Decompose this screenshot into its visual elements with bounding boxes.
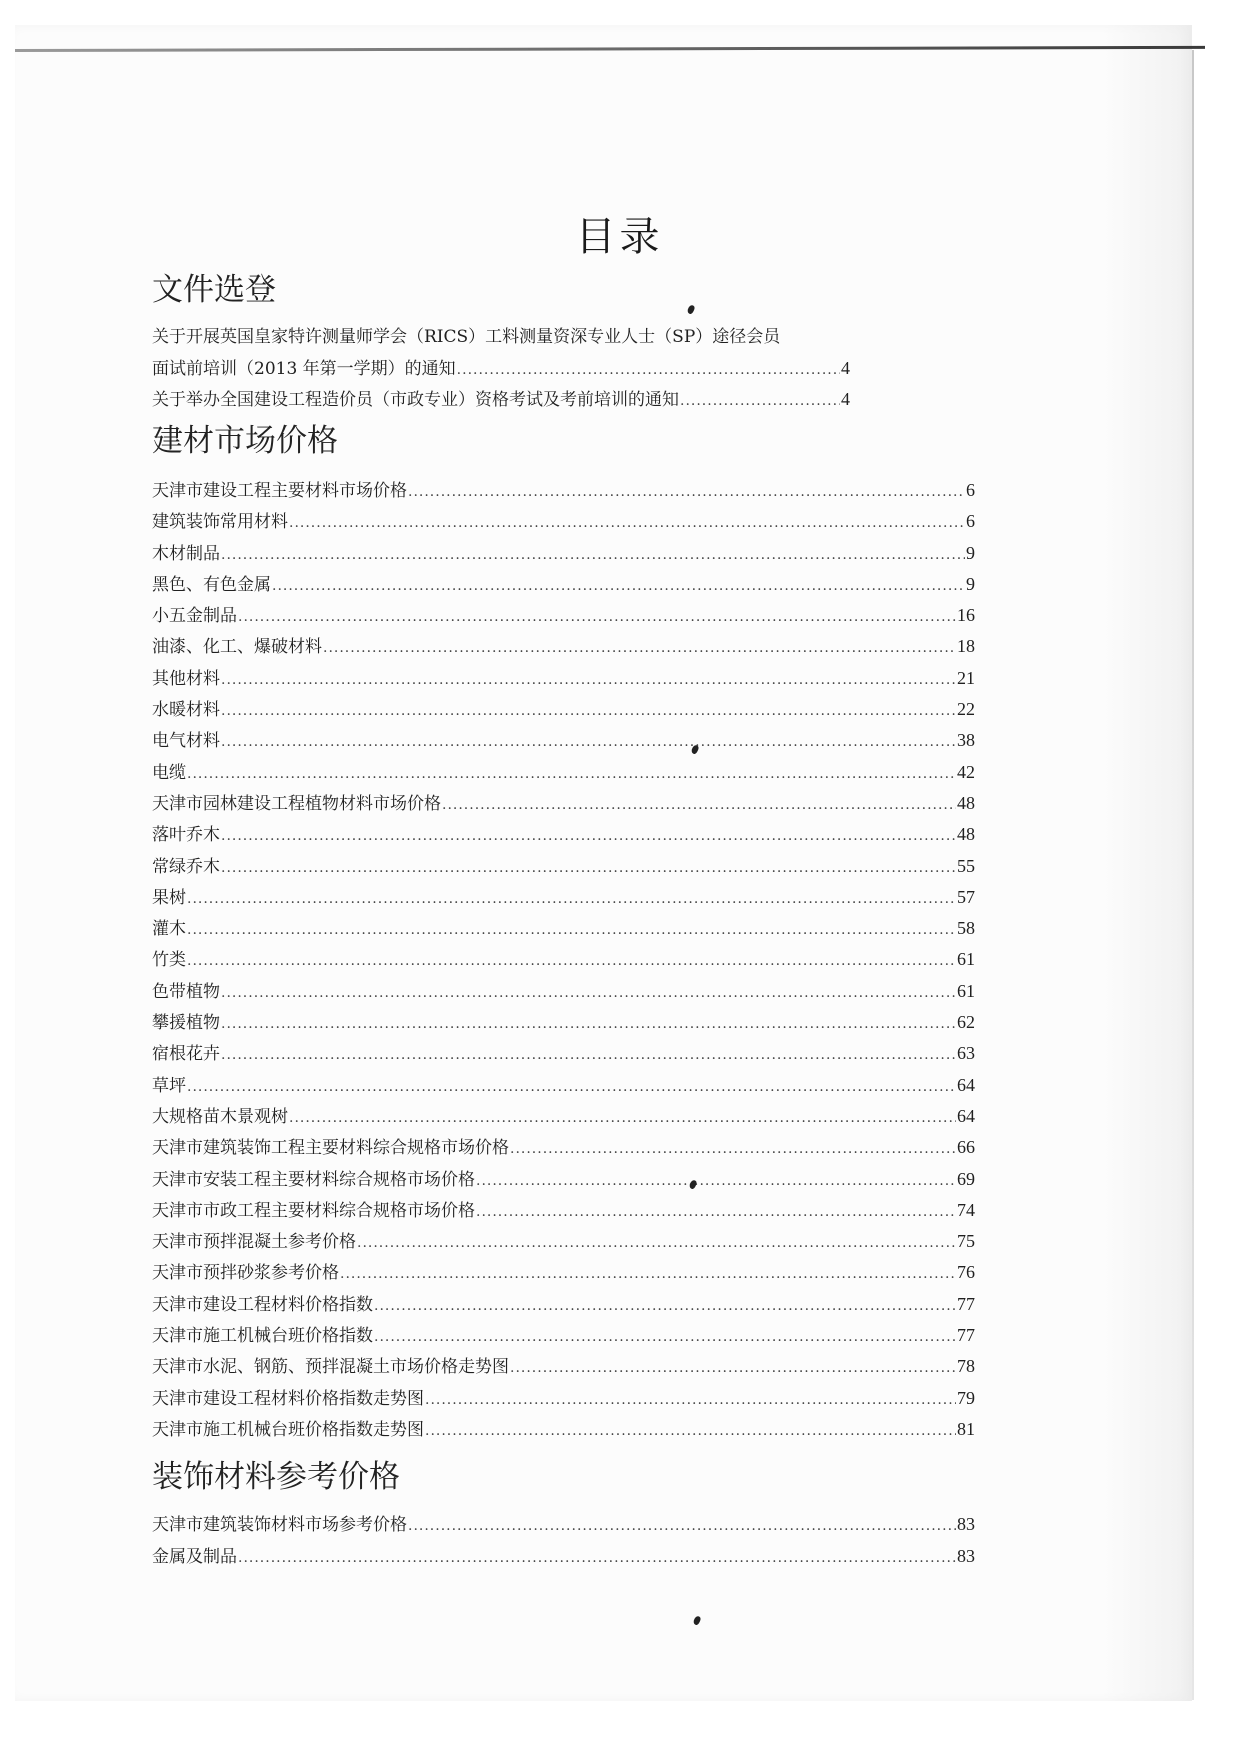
toc-entry-label: 关于举办全国建设工程造价员（市政专业）资格考试及考前培训的通知 xyxy=(152,385,679,416)
leader-dots xyxy=(510,1133,956,1165)
toc-entry-label: 电气材料 xyxy=(152,726,220,757)
leader-dots xyxy=(680,385,840,417)
toc-entry[interactable]: 黑色、有色金属 9 xyxy=(152,569,975,600)
toc-entry-page: 55 xyxy=(957,851,975,882)
toc-entry-label: 天津市市政工程主要材料综合规格市场价格 xyxy=(152,1196,475,1227)
leader-dots xyxy=(221,726,956,758)
toc-entry-page: 75 xyxy=(957,1226,975,1257)
toc-entry[interactable]: 电气材料38 xyxy=(152,725,975,756)
toc-entry-list: 天津市建筑装饰材料市场参考价格83金属及制品83 xyxy=(152,1509,982,1572)
toc-entry-page: 6 xyxy=(966,506,975,537)
toc-entry[interactable]: 天津市预拌混凝土参考价格75 xyxy=(152,1226,975,1257)
leader-dots xyxy=(221,664,956,696)
toc-entry-label: 灌木 xyxy=(152,914,186,945)
toc-section-documents: 文件选登 关于开展英国皇家特许测量师学会（RICS）工料测量资深专业人士（SP）… xyxy=(152,270,982,415)
toc-entry-page: 81 xyxy=(957,1414,975,1445)
toc-entry-page: 48 xyxy=(957,788,975,819)
toc-entry-label: 天津市施工机械台班价格指数 xyxy=(152,1321,373,1352)
toc-entry-page: 63 xyxy=(957,1038,975,1069)
toc-entry-label: 天津市园林建设工程植物材料市场价格 xyxy=(152,789,441,820)
toc-entry-label: 天津市预拌砂浆参考价格 xyxy=(152,1258,339,1289)
toc-entry-label: 建筑装饰常用材料 xyxy=(152,507,288,538)
toc-entry-page: 61 xyxy=(957,976,975,1007)
toc-entry-label: 果树 xyxy=(152,883,186,914)
toc-entry-page: 77 xyxy=(957,1289,975,1320)
toc-entry-label: 宿根花卉 xyxy=(152,1039,220,1070)
toc-entry-page: 9 xyxy=(966,538,975,569)
leader-dots xyxy=(221,852,956,884)
toc-entry[interactable]: 天津市预拌砂浆参考价格76 xyxy=(152,1257,975,1288)
toc-entry[interactable]: 草坪64 xyxy=(152,1070,975,1101)
toc-entry-label: 其他材料 xyxy=(152,664,220,695)
toc-entry-label: 天津市建设工程材料价格指数走势图 xyxy=(152,1384,424,1415)
leader-dots xyxy=(340,1258,956,1290)
toc-entry-page: 64 xyxy=(957,1101,975,1132)
toc-entry-label: 落叶乔木 xyxy=(152,820,220,851)
toc-entry-list: 天津市建设工程主要材料市场价格6建筑装饰常用材料6木材制品9黑色、有色金属 9小… xyxy=(152,475,982,1445)
toc-entry[interactable]: 天津市施工机械台班价格指数走势图81 xyxy=(152,1414,975,1445)
toc-entry[interactable]: 色带植物61 xyxy=(152,976,975,1007)
toc-entry[interactable]: 面试前培训（2013 年第一学期）的通知 4 xyxy=(152,353,850,384)
section-heading: 文件选登 xyxy=(152,270,982,310)
toc-entry-page: 9 xyxy=(966,569,975,600)
toc-entry-page: 83 xyxy=(957,1509,975,1540)
leader-dots xyxy=(187,883,956,915)
toc-entry[interactable]: 天津市园林建设工程植物材料市场价格48 xyxy=(152,788,975,819)
toc-entry[interactable]: 落叶乔木48 xyxy=(152,819,975,850)
toc-entry-page: 48 xyxy=(957,819,975,850)
toc-entry[interactable]: 天津市建筑装饰工程主要材料综合规格市场价格66 xyxy=(152,1132,975,1163)
toc-entry-line1: 关于开展英国皇家特许测量师学会（RICS）工料测量资深专业人士（SP）途径会员 xyxy=(152,322,982,353)
toc-entry[interactable]: 宿根花卉63 xyxy=(152,1038,975,1069)
leader-dots xyxy=(221,977,956,1009)
toc-entry-label: 小五金制品 xyxy=(152,601,237,632)
leader-dots xyxy=(425,1384,956,1416)
toc-entry-label: 电缆 xyxy=(152,758,186,789)
toc-entry-page: 42 xyxy=(957,757,975,788)
toc-entry-page: 4 xyxy=(841,384,850,415)
page-edge xyxy=(1192,50,1194,1700)
toc-entry-label: 草坪 xyxy=(152,1071,186,1102)
leader-dots xyxy=(221,695,956,727)
leader-dots xyxy=(238,1542,956,1574)
leader-dots xyxy=(187,758,956,790)
toc-entry[interactable]: 攀援植物62 xyxy=(152,1007,975,1038)
toc-entry[interactable]: 果树57 xyxy=(152,882,975,913)
toc-entry-page: 79 xyxy=(957,1383,975,1414)
toc-entry-label: 常绿乔木 xyxy=(152,852,220,883)
leader-dots xyxy=(510,1352,956,1384)
toc-entry-label: 天津市建筑装饰材料市场参考价格 xyxy=(152,1510,407,1541)
toc-entry-page: 77 xyxy=(957,1320,975,1351)
toc-entry-page: 61 xyxy=(957,944,975,975)
toc-entry-label: 面试前培训（2013 年第一学期）的通知 xyxy=(152,354,456,385)
leader-dots xyxy=(221,820,956,852)
toc-title: 目录 xyxy=(0,205,1239,262)
leader-dots xyxy=(476,1165,956,1197)
toc-entry[interactable]: 建筑装饰常用材料6 xyxy=(152,506,975,537)
toc-entry[interactable]: 大规格苗木景观树64 xyxy=(152,1101,975,1132)
toc-section-material-prices: 建材市场价格 天津市建设工程主要材料市场价格6建筑装饰常用材料6木材制品9黑色、… xyxy=(152,421,982,1445)
toc-section-decoration-prices: 装饰材料参考价格 天津市建筑装饰材料市场参考价格83金属及制品83 xyxy=(152,1457,982,1572)
toc-entry-page: 4 xyxy=(841,353,850,384)
leader-dots xyxy=(221,1039,956,1071)
leader-dots xyxy=(187,1071,956,1103)
toc-entry-page: 83 xyxy=(957,1541,975,1572)
toc-entry[interactable]: 天津市市政工程主要材料综合规格市场价格74 xyxy=(152,1195,975,1226)
toc-entry-page: 18 xyxy=(957,631,975,662)
toc-entry-label: 色带植物 xyxy=(152,977,220,1008)
toc-entry-page: 6 xyxy=(966,475,975,506)
toc-entry[interactable]: 天津市安装工程主要材料综合规格市场价格69 xyxy=(152,1164,975,1195)
leader-dots xyxy=(272,570,965,602)
toc-entry-label: 金属及制品 xyxy=(152,1542,237,1573)
toc-entry-page: 69 xyxy=(957,1164,975,1195)
toc-entry[interactable]: 木材制品9 xyxy=(152,538,975,569)
leader-dots xyxy=(425,1415,956,1447)
toc-entry[interactable]: 金属及制品83 xyxy=(152,1541,975,1572)
toc-entry-label: 天津市建筑装饰工程主要材料综合规格市场价格 xyxy=(152,1133,509,1164)
leader-dots xyxy=(289,507,965,539)
toc-entry[interactable]: 天津市建设工程主要材料市场价格6 xyxy=(152,475,975,506)
leader-dots xyxy=(442,789,956,821)
toc-entry-label: 天津市预拌混凝土参考价格 xyxy=(152,1227,356,1258)
leader-dots xyxy=(323,632,956,664)
toc-entry[interactable]: 天津市建设工程材料价格指数走势图79 xyxy=(152,1383,975,1414)
leader-dots xyxy=(374,1290,956,1322)
toc-entry[interactable]: 天津市水泥、钢筋、预拌混凝土市场价格走势图78 xyxy=(152,1351,975,1382)
toc-entry[interactable]: 常绿乔木55 xyxy=(152,851,975,882)
toc-entry-label: 大规格苗木景观树 xyxy=(152,1102,288,1133)
toc-entry-label: 油漆、化工、爆破材料 xyxy=(152,632,322,663)
toc-entry-page: 22 xyxy=(957,694,975,725)
leader-dots xyxy=(221,539,965,571)
toc-entry[interactable]: 关于举办全国建设工程造价员（市政专业）资格考试及考前培训的通知 4 xyxy=(152,384,850,415)
toc-entry[interactable]: 灌木58 xyxy=(152,913,975,944)
toc-entry-page: 74 xyxy=(957,1195,975,1226)
toc-entry-page: 64 xyxy=(957,1070,975,1101)
toc-entry-label: 黑色、有色金属 xyxy=(152,570,271,601)
toc-entry-page: 21 xyxy=(957,663,975,694)
leader-dots xyxy=(408,1510,956,1542)
section-heading: 建材市场价格 xyxy=(152,421,982,461)
toc-entry-label: 天津市水泥、钢筋、预拌混凝土市场价格走势图 xyxy=(152,1352,509,1383)
toc-entry-label: 竹类 xyxy=(152,945,186,976)
toc-entry-page: 62 xyxy=(957,1007,975,1038)
toc-entry[interactable]: 油漆、化工、爆破材料18 xyxy=(152,631,975,662)
toc-entry-page: 57 xyxy=(957,882,975,913)
leader-dots xyxy=(374,1321,956,1353)
toc-entry[interactable]: 天津市施工机械台班价格指数77 xyxy=(152,1320,975,1351)
leader-dots xyxy=(357,1227,956,1259)
toc-entry-page: 66 xyxy=(957,1132,975,1163)
toc-entry-label: 天津市施工机械台班价格指数走势图 xyxy=(152,1415,424,1446)
toc-entry[interactable]: 天津市建设工程材料价格指数77 xyxy=(152,1289,975,1320)
toc-entry[interactable]: 电缆42 xyxy=(152,757,975,788)
toc-entry-label: 天津市建设工程材料价格指数 xyxy=(152,1290,373,1321)
toc-entry-page: 76 xyxy=(957,1257,975,1288)
leader-dots xyxy=(187,945,956,977)
leader-dots xyxy=(289,1102,956,1134)
toc-entry-label: 天津市建设工程主要材料市场价格 xyxy=(152,476,407,507)
toc-entry-page: 78 xyxy=(957,1351,975,1382)
leader-dots xyxy=(476,1196,956,1228)
toc-entry[interactable]: 水暖材料22 xyxy=(152,694,975,725)
toc-entry[interactable]: 小五金制品16 xyxy=(152,600,975,631)
toc-content: 文件选登 关于开展英国皇家特许测量师学会（RICS）工料测量资深专业人士（SP）… xyxy=(152,270,982,1572)
toc-entry[interactable]: 其他材料21 xyxy=(152,663,975,694)
toc-entry-label: 木材制品 xyxy=(152,539,220,570)
leader-dots xyxy=(457,354,840,386)
leader-dots xyxy=(238,601,956,633)
toc-entry-page: 38 xyxy=(957,725,975,756)
toc-entry[interactable]: 竹类61 xyxy=(152,944,975,975)
toc-entry-label: 攀援植物 xyxy=(152,1008,220,1039)
leader-dots xyxy=(187,914,956,946)
toc-entry-label: 天津市安装工程主要材料综合规格市场价格 xyxy=(152,1165,475,1196)
toc-entry-page: 16 xyxy=(957,600,975,631)
leader-dots xyxy=(408,476,965,508)
toc-entry[interactable]: 天津市建筑装饰材料市场参考价格83 xyxy=(152,1509,975,1540)
toc-entry-label: 水暖材料 xyxy=(152,695,220,726)
section-heading: 装饰材料参考价格 xyxy=(152,1457,982,1497)
toc-entry-page: 58 xyxy=(957,913,975,944)
leader-dots xyxy=(221,1008,956,1040)
